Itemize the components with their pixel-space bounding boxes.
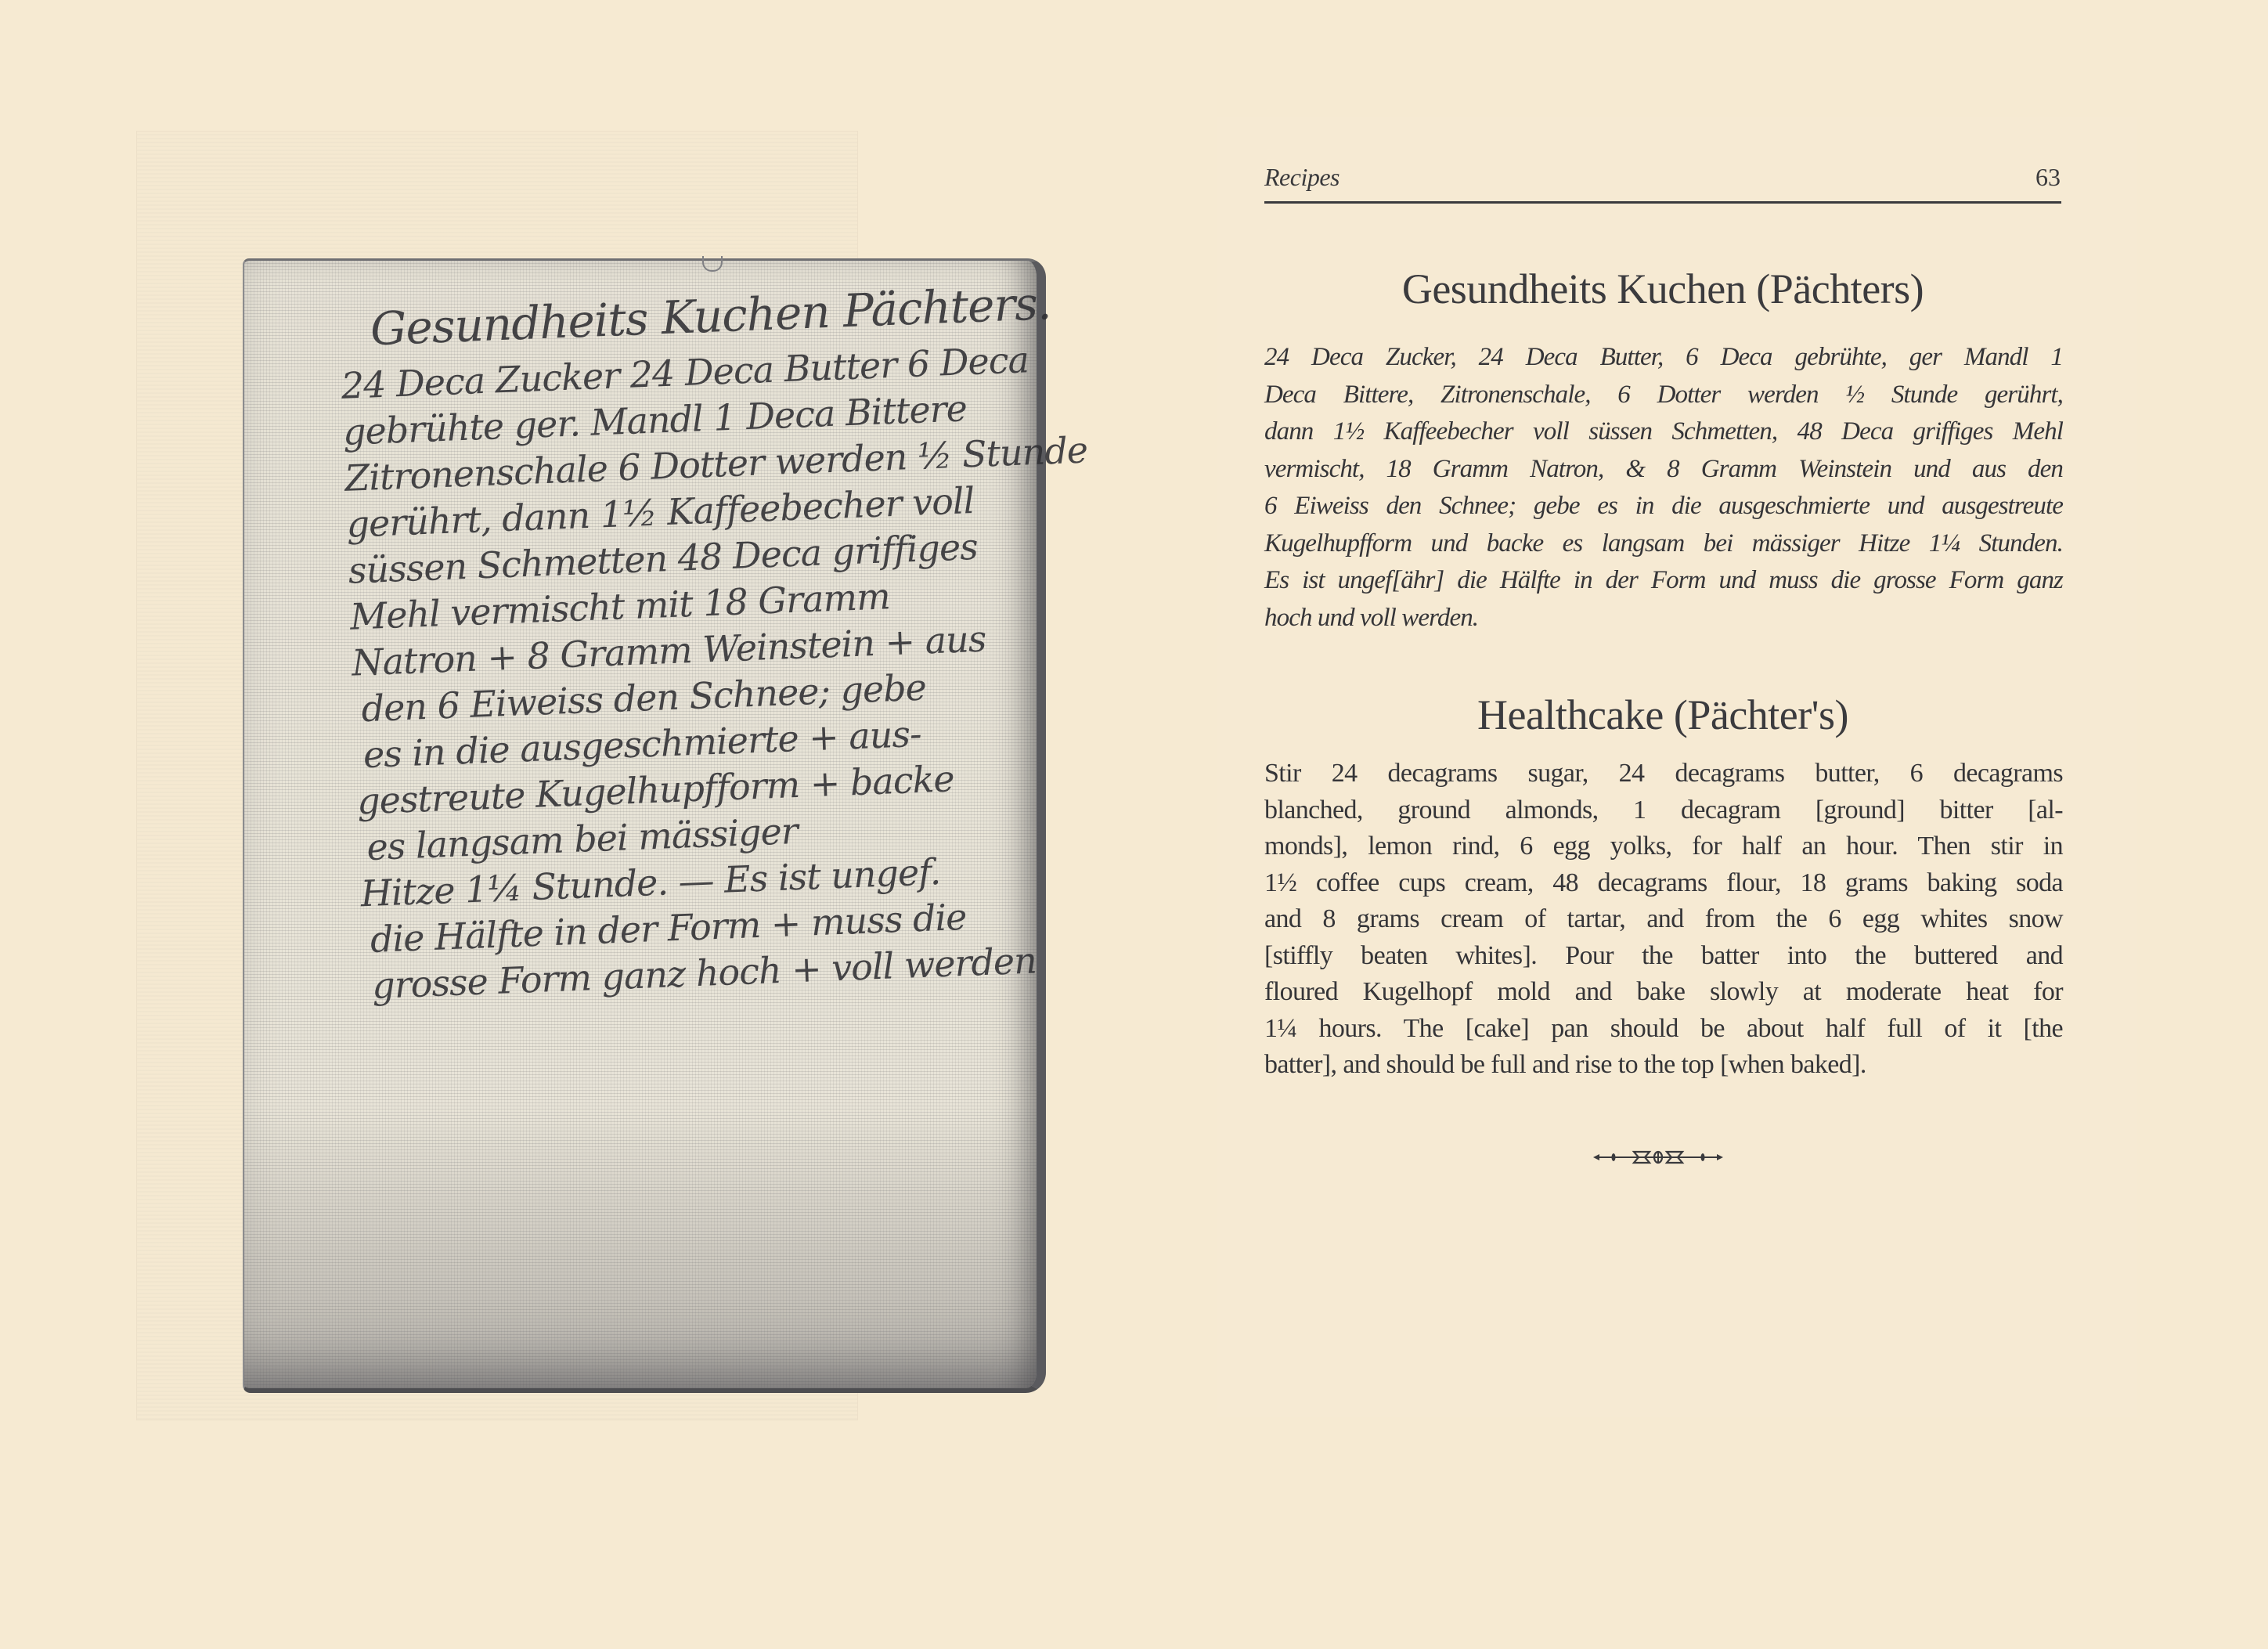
german-line: Es ist ungef[ähr] die Hälfte in der Form… bbox=[1264, 562, 2063, 600]
german-line: Kugelhupfform und backe es langsam bei m… bbox=[1264, 525, 2063, 563]
running-head-section: Recipes bbox=[1264, 163, 1340, 192]
english-line: monds], lemon rind, 6 egg yolks, for hal… bbox=[1264, 828, 2063, 865]
german-recipe-body: 24 Deca Zucker, 24 Deca Butter, 6 Deca g… bbox=[1264, 339, 2063, 637]
english-recipe-body: Stir 24 decagrams sugar, 24 decagrams bu… bbox=[1264, 756, 2063, 1084]
german-line: 24 Deca Zucker, 24 Deca Butter, 6 Deca g… bbox=[1264, 339, 2063, 377]
right-page: Recipes 63 Gesundheits Kuchen (Pächters)… bbox=[1217, 117, 2137, 1417]
handwritten-text: Gesundheits Kuchen Pächters. 24 Deca Zuc… bbox=[338, 282, 1030, 1009]
page-number: 63 bbox=[2035, 163, 2061, 192]
english-line: floured Kugelhopf mold and bake slowly a… bbox=[1264, 974, 2063, 1011]
english-line: batter], and should be full and rise to … bbox=[1264, 1047, 2063, 1084]
english-line: [stiffly beaten whites]. Pour the batter… bbox=[1264, 938, 2063, 975]
german-line: vermischt, 18 Gramm Natron, & 8 Gramm We… bbox=[1264, 451, 2063, 489]
english-line: blanched, ground almonds, 1 decagram [gr… bbox=[1264, 792, 2063, 829]
english-line: Stir 24 decagrams sugar, 24 decagrams bu… bbox=[1264, 756, 2063, 792]
german-line: Deca Bittere, Zitronenschale, 6 Dotter w… bbox=[1264, 377, 2063, 414]
card-binding-mark bbox=[702, 256, 723, 272]
english-line: and 8 grams cream of tartar, and from th… bbox=[1264, 901, 2063, 938]
handwritten-recipe-card: Gesundheits Kuchen Pächters. 24 Deca Zuc… bbox=[243, 258, 1046, 1393]
english-line: 1¼ hours. The [cake] pan should be about… bbox=[1264, 1011, 2063, 1048]
section-divider-ornament-icon bbox=[1593, 1149, 1723, 1165]
header-rule bbox=[1264, 201, 2061, 204]
german-line: 6 Eiweiss den Schnee; gebe es in die aus… bbox=[1264, 488, 2063, 525]
english-recipe-title: Healthcake (Pächter's) bbox=[1264, 691, 2061, 739]
running-head: Recipes 63 bbox=[1264, 163, 2061, 202]
english-line: 1½ coffee cups cream, 48 decagrams flour… bbox=[1264, 865, 2063, 902]
german-line: dann 1½ Kaffeebecher voll süssen Schmett… bbox=[1264, 413, 2063, 451]
german-recipe-title: Gesundheits Kuchen (Pächters) bbox=[1264, 265, 2061, 313]
german-line: hoch und voll werden. bbox=[1264, 600, 2063, 637]
